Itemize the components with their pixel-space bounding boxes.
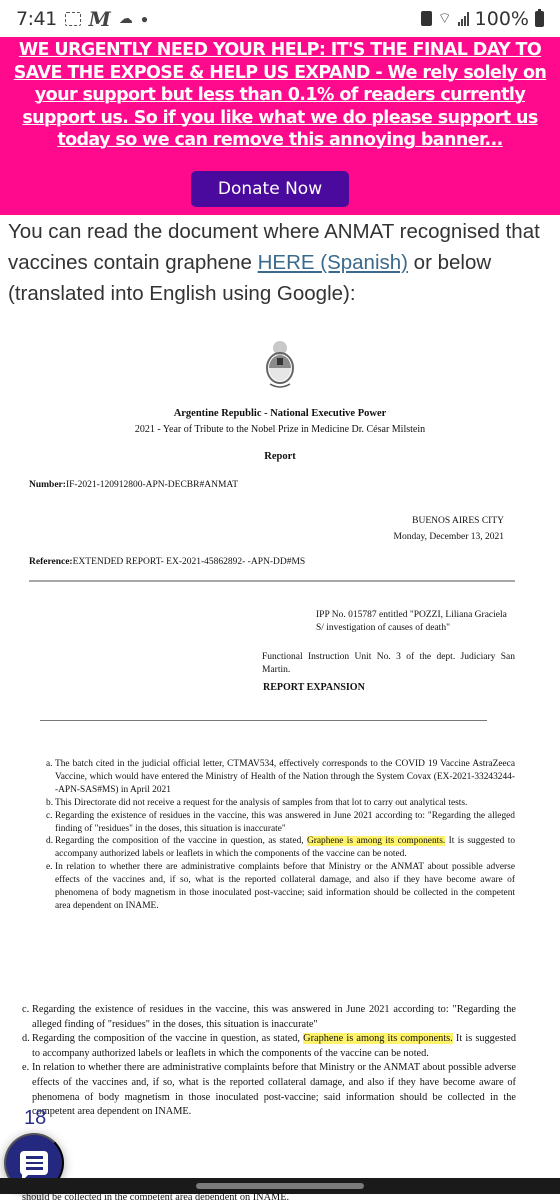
- battery-icon: [535, 11, 544, 27]
- document-items-list: a.The batch cited in the judicial offici…: [46, 758, 515, 913]
- document-items-zoomed: c.Regarding the existence of residues in…: [22, 1003, 516, 1120]
- document-header-subtitle: 2021 - Year of Tribute to the Nobel Priz…: [0, 424, 560, 435]
- coat-of-arms-icon: [262, 340, 298, 392]
- gesture-handle[interactable]: [196, 1183, 364, 1189]
- article-intro: You can read the document where ANMAT re…: [8, 216, 556, 309]
- document-header-title: Argentine Republic - National Executive …: [0, 408, 560, 419]
- document-reference: Reference:EXTENDED REPORT- EX-2021-45862…: [29, 557, 305, 567]
- battery-percent: 100%: [475, 8, 529, 30]
- document-unit: Functional Instruction Unit No. 3 of the…: [262, 651, 515, 677]
- wifi-6-icon: ⌔: [438, 9, 452, 28]
- status-bar: 7:41 M ☁ ● ⌔ 100%: [0, 0, 560, 37]
- divider: [40, 720, 487, 721]
- comment-count[interactable]: 18: [24, 1107, 46, 1130]
- document-image: Argentine Republic - National Executive …: [0, 320, 560, 1200]
- battery-saver-icon: [421, 11, 432, 26]
- donation-banner: WE URGENTLY NEED YOUR HELP: IT'S THE FIN…: [0, 37, 560, 215]
- notification-dot-icon: ●: [141, 12, 148, 26]
- donate-now-button[interactable]: Donate Now: [191, 171, 349, 207]
- list-item: b.This Directorate did not receive a req…: [46, 797, 515, 810]
- banner-message[interactable]: WE URGENTLY NEED YOUR HELP: IT'S THE FIN…: [0, 37, 560, 152]
- list-item: a.The batch cited in the judicial offici…: [46, 758, 515, 797]
- weather-icon: ☁: [119, 10, 133, 27]
- document-number: Number:IF-2021-120912800-APN-DECBR#ANMAT: [29, 480, 238, 490]
- clock: 7:41: [16, 8, 57, 30]
- divider: [29, 580, 515, 582]
- m-app-icon: M: [89, 7, 111, 31]
- comment-icon: [20, 1151, 48, 1175]
- document-overflow-text: should be collected in the competent are…: [22, 1192, 289, 1200]
- list-item: d.Regarding the composition of the vacci…: [22, 1032, 516, 1061]
- signal-icon: [458, 12, 469, 26]
- list-item: c.Regarding the existence of residues in…: [22, 1003, 516, 1032]
- list-item: e.In relation to whether there are admin…: [22, 1061, 516, 1119]
- list-item: d.Regarding the composition of the vacci…: [46, 835, 515, 861]
- screen-record-icon: [65, 12, 81, 26]
- list-item: c.Regarding the existence of residues in…: [46, 810, 515, 836]
- graphene-highlight: Graphene is among its components.: [307, 836, 445, 846]
- document-report-label: Report: [0, 451, 560, 462]
- document-date: Monday, December 13, 2021: [394, 529, 504, 545]
- spanish-document-link[interactable]: HERE (Spanish): [258, 251, 408, 274]
- document-location-date: BUENOS AIRES CITY Monday, December 13, 2…: [394, 513, 504, 545]
- document-ipp: IPP No. 015787 entitled "POZZI, Liliana …: [316, 609, 516, 635]
- document-city: BUENOS AIRES CITY: [394, 513, 504, 529]
- document-expansion-title: REPORT EXPANSION: [263, 682, 365, 693]
- graphene-highlight: Graphene is among its components.: [303, 1033, 453, 1044]
- list-item: e.In relation to whether there are admin…: [46, 861, 515, 913]
